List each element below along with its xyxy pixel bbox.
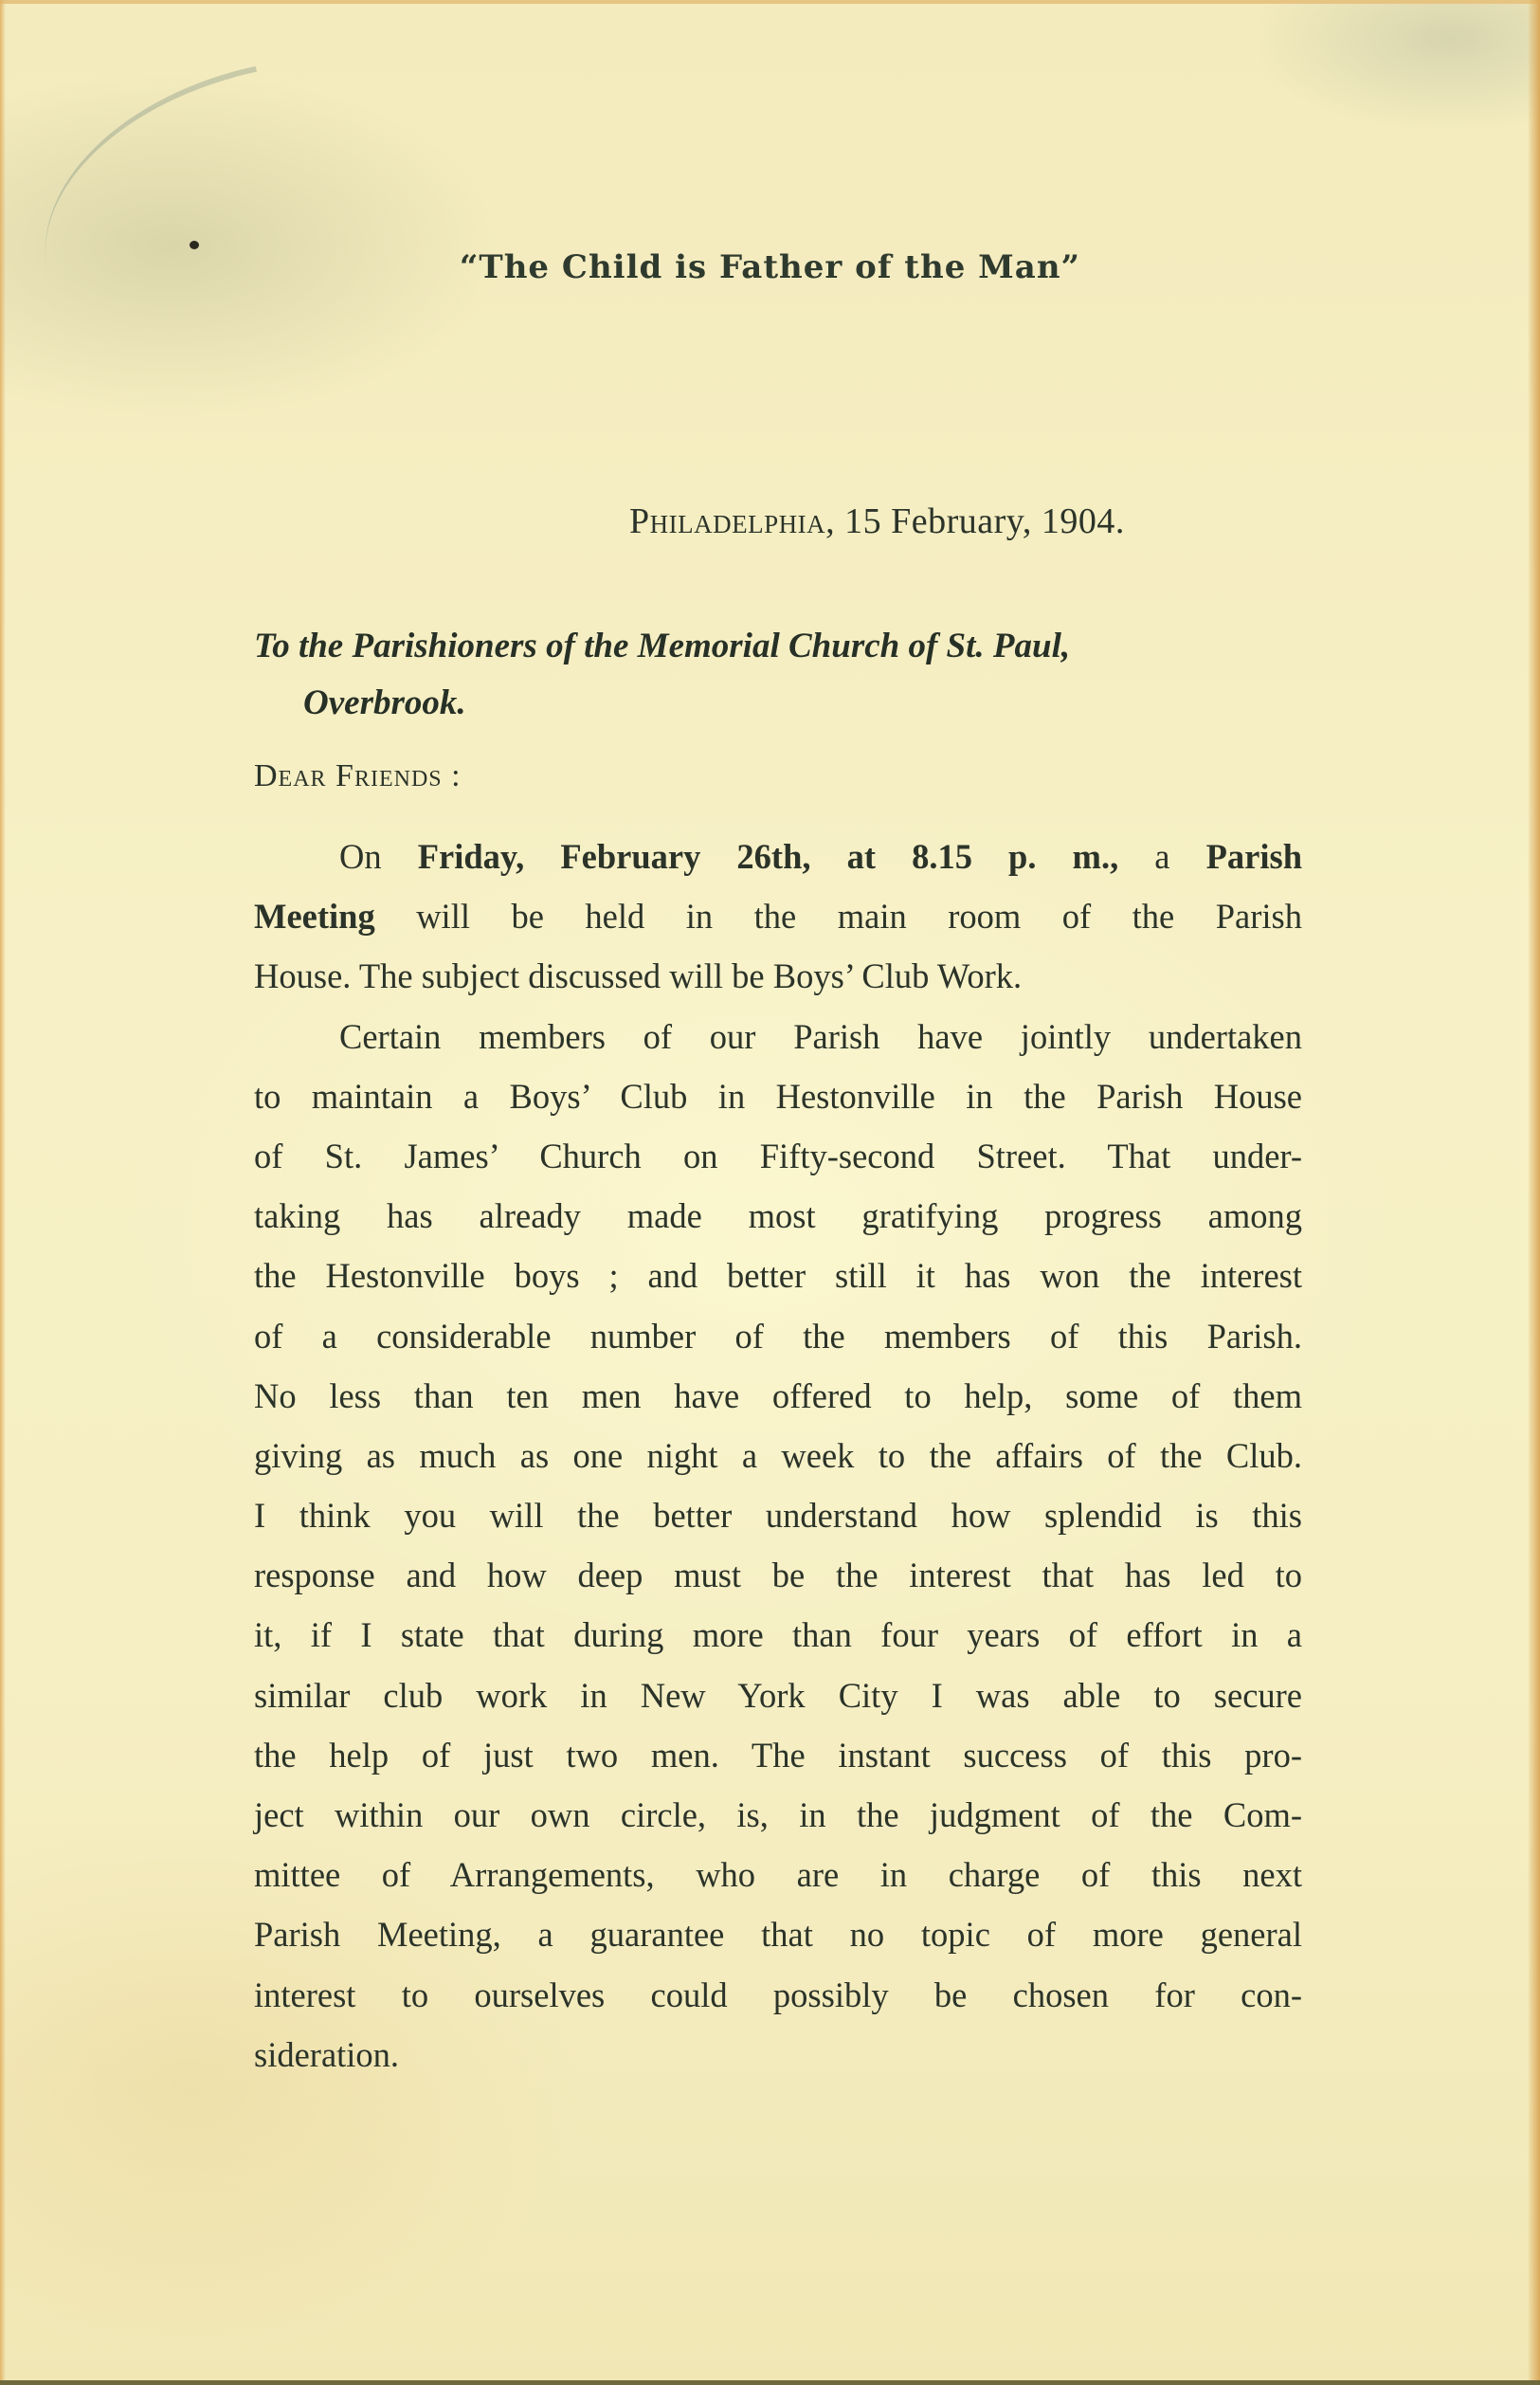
paragraph-2-line: No less than ten men have offered to hel…: [254, 1366, 1302, 1426]
paragraph-2-line: of St. James’ Church on Fifty-second Str…: [254, 1126, 1302, 1186]
paragraph-2-line: response and how deep must be the intere…: [254, 1545, 1302, 1605]
paragraph-2-line: the help of just two men. The instant su…: [254, 1725, 1302, 1785]
address-line-2: Overbrook.: [254, 675, 1306, 732]
dateline-place: Philadelphia: [629, 501, 825, 541]
paragraph-1-line: On Friday, February 26th, at 8.15 p. m.,…: [254, 827, 1302, 886]
dateline: Philadelphia, 15 February, 1904.: [629, 501, 1125, 542]
letter-body: On Friday, February 26th, at 8.15 p. m.,…: [254, 827, 1302, 2085]
address-line-1: To the Parishioners of the Memorial Chur…: [254, 627, 1070, 665]
letter-page: “The Child is Father of the Man” Philade…: [0, 0, 1540, 2385]
salutation: Dear Friends :: [254, 758, 462, 794]
paragraph-2-line: sideration.: [254, 2025, 1302, 2085]
paper-edge-left: [0, 0, 6, 2385]
paper-edge-bottom: [0, 2380, 1540, 2385]
paragraph-2-line: I think you will the better understand h…: [254, 1485, 1302, 1545]
paragraph-2-line: to maintain a Boys’ Club in Hestonville …: [254, 1066, 1302, 1126]
paragraph-2-line: the Hestonville boys ; and better still …: [254, 1246, 1302, 1305]
paragraph-2-line: giving as much as one night a week to th…: [254, 1426, 1302, 1485]
text-run: will be held in the main room of the Par…: [375, 897, 1302, 936]
paragraph-2-line: of a considerable number of the members …: [254, 1306, 1302, 1366]
paragraph-2-line: ject within our own circle, is, in the j…: [254, 1785, 1302, 1845]
meeting-datetime: Friday, February 26th, at 8.15 p. m.,: [418, 837, 1119, 876]
motto-heading: “The Child is Father of the Man”: [0, 248, 1540, 286]
paragraph-2-line: similar club work in New York City I was…: [254, 1666, 1302, 1725]
meeting-word: Meeting: [254, 897, 375, 936]
paragraph-2-line: it, if I state that during more than fou…: [254, 1605, 1302, 1665]
paragraph-2-line: Parish Meeting, a guarantee that no topi…: [254, 1904, 1302, 1964]
paper-edge-right: [1529, 0, 1540, 2385]
parish-word: Parish: [1206, 837, 1302, 876]
dateline-date: , 15 February, 1904.: [825, 501, 1125, 541]
address-block: To the Parishioners of the Memorial Chur…: [254, 618, 1306, 732]
paragraph-1-line: Meeting will be held in the main room of…: [254, 886, 1302, 946]
paragraph-1-line: House. The subject discussed will be Boy…: [254, 946, 1302, 1006]
paper-edge-top: [0, 0, 1540, 4]
paper-crease-mark: [15, 66, 289, 271]
text-run: a: [1118, 837, 1205, 876]
paragraph-2-line: Certain members of our Parish have joint…: [254, 1007, 1302, 1066]
paragraph-2-line: interest to ourselves could possibly be …: [254, 1965, 1302, 2025]
text-run: On: [339, 837, 418, 876]
paragraph-2-line: taking has already made most gratifying …: [254, 1186, 1302, 1246]
paragraph-2-line: mittee of Arrangements, who are in charg…: [254, 1845, 1302, 1904]
